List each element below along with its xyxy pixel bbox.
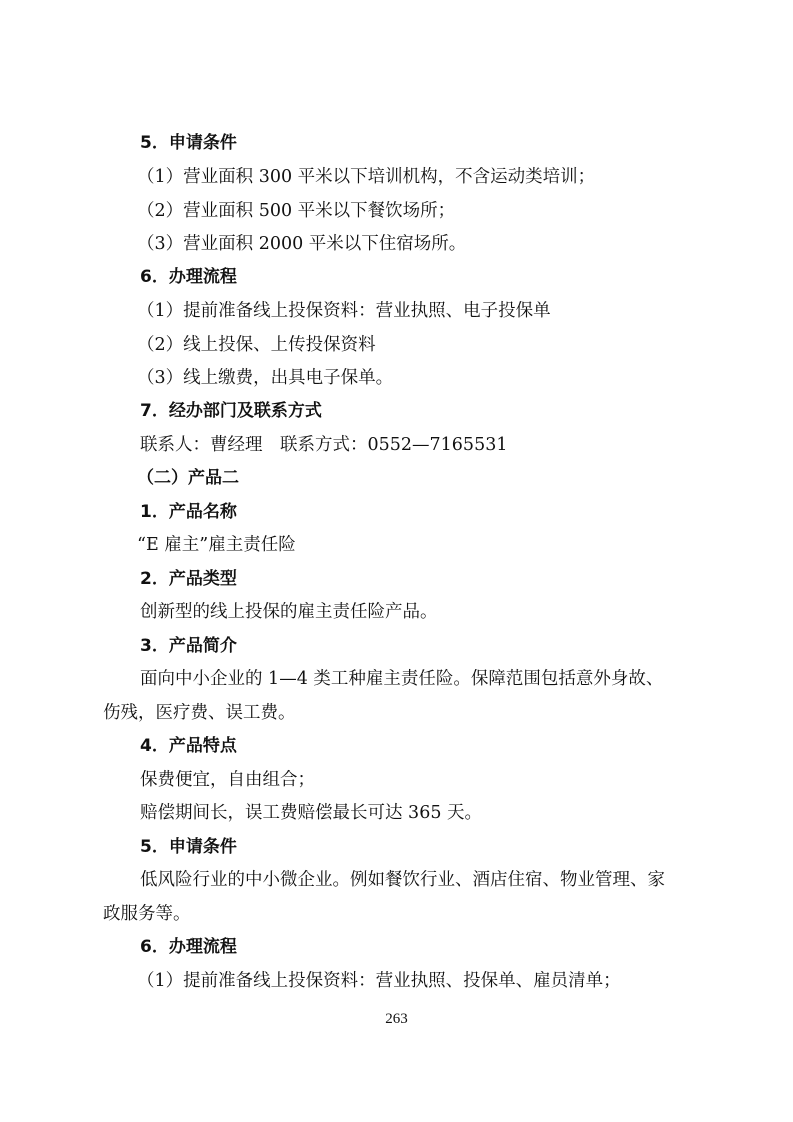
heading-contact: 7．经办部门及联系方式: [140, 400, 322, 422]
heading-product-name: 1．产品名称: [140, 501, 237, 523]
heading-application-conditions: 5．申请条件: [140, 132, 237, 154]
product-name: “E 雇主”雇主责任险: [137, 534, 296, 556]
conditions-text-cont: 政服务等。: [103, 903, 191, 925]
page-number: 263: [0, 1011, 793, 1028]
conditions-text: 低风险行业的中小微企业。例如餐饮行业、酒店住宿、物业管理、家: [140, 869, 665, 891]
list-item: （1）提前准备线上投保资料：营业执照、电子投保单: [137, 300, 551, 322]
heading-process-2: 6．办理流程: [140, 936, 237, 958]
heading-process: 6．办理流程: [140, 266, 237, 288]
list-item: （3）营业面积 2000 平米以下住宿场所。: [137, 233, 466, 255]
heading-product-features: 4．产品特点: [140, 735, 237, 757]
heading-application-conditions-2: 5．申请条件: [140, 836, 237, 858]
list-item: （1）提前准备线上投保资料：营业执照、投保单、雇员清单；: [137, 970, 621, 992]
product-intro-cont: 伤残，医疗费、误工费。: [103, 702, 296, 724]
list-item: （2）线上投保、上传投保资料: [137, 334, 376, 356]
heading-product-type: 2．产品类型: [140, 568, 237, 590]
heading-product-two: （二）产品二: [137, 467, 239, 489]
product-intro: 面向中小企业的 1—4 类工种雇主责任险。保障范围包括意外身故、: [140, 668, 663, 690]
list-item: （1）营业面积 300 平米以下培训机构，不含运动类培训；: [137, 166, 595, 188]
feature-item: 保费便宜，自由组合；: [140, 769, 315, 791]
contact-info: 联系人：曹经理 联系方式：0552—7165531: [140, 434, 507, 456]
product-type: 创新型的线上投保的雇主责任险产品。: [140, 601, 438, 623]
list-item: （2）营业面积 500 平米以下餐饮场所；: [137, 200, 455, 222]
list-item: （3）线上缴费，出具电子保单。: [137, 367, 393, 389]
heading-product-intro: 3．产品简介: [140, 635, 237, 657]
feature-item: 赔偿期间长，误工费赔偿最长可达 365 天。: [140, 802, 482, 824]
